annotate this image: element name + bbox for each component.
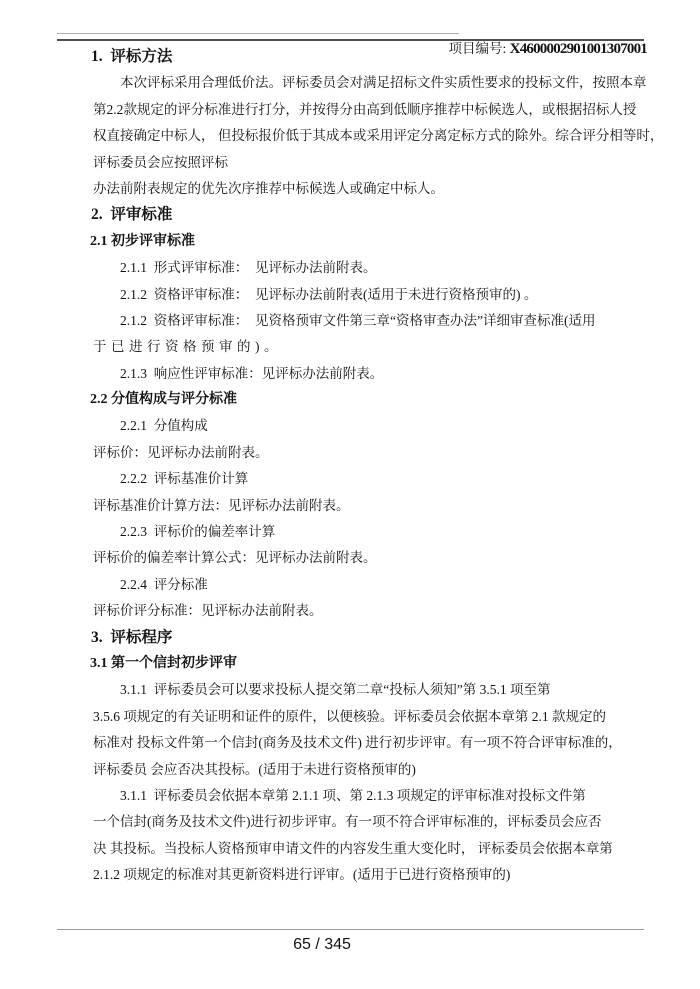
paragraph-line: 评标价的偏差率计算公式：见评标办法前附表。 xyxy=(93,545,645,571)
paragraph-line: 决 其投标。当投标人资格预审申请文件的内容发生重大变化时， 评标委员会依据本章第 xyxy=(93,836,645,862)
document-body: 1. 评标方法本次评标采用合理低价法。评标委员会对满足招标文件实质性要求的投标文… xyxy=(93,44,645,889)
section-heading: 2. 评审标准 xyxy=(91,202,645,228)
paragraph-line: 权直接确定中标人， 但投标报价低于其成本或采用评定分离定标方式的除外。综合评分相… xyxy=(93,123,645,149)
section-heading: 3.1 第一个信封初步评审 xyxy=(90,651,645,677)
paragraph-line: 2.1.2 资格评审标准： 见资格预审文件第三章“资格审查办法”详细审查标准(适… xyxy=(93,308,645,334)
project-number-value: X4600002901001307001 xyxy=(510,41,647,57)
paragraph-line: 办法前附表规定的优先次序推荐中标候选人或确定中标人。 xyxy=(93,176,645,202)
paragraph-line: 一个信封(商务及技术文件)进行初步评审。有一项不符合评审标准的，评标委员会应否 xyxy=(93,809,645,835)
paragraph-line: 第2.2款规定的评分标准进行打分，并按得分由高到低顺序推荐中标候选人，或根据招标… xyxy=(93,97,645,123)
paragraph-line: 3.1.1 评标委员会可以要求投标人提交第二章“投标人须知”第 3.5.1 项至… xyxy=(93,677,645,703)
page-footer: 65 / 345 xyxy=(0,936,644,954)
paragraph-line: 2.1.1 形式评审标准： 见评标办法前附表。 xyxy=(93,255,645,281)
paragraph-line: 评标价：见评标办法前附表。 xyxy=(93,440,645,466)
section-heading: 2.2 分值构成与评分标准 xyxy=(90,387,645,413)
paragraph-line: 评标委员 会应否决其投标。(适用于未进行资格预审的) xyxy=(93,757,645,783)
paragraph-line: 3.5.6 项规定的有关证明和证件的原件，以便核验。评标委员会依据本章第 2.1… xyxy=(93,704,645,730)
paragraph-line: 2.1.3 响应性评审标准：见评标办法前附表。 xyxy=(93,361,645,387)
paragraph-line: 2.2.4 评分标准 xyxy=(93,572,645,598)
paragraph-line: 2.1.2 资格评审标准： 见评标办法前附表(适用于未进行资格预审的) 。 xyxy=(93,282,645,308)
paragraph-line: 本次评标采用合理低价法。评标委员会对满足招标文件实质性要求的投标文件，按照本章 xyxy=(93,70,645,96)
section-heading: 3. 评标程序 xyxy=(91,625,645,651)
paragraph-line: 评标价评分标准：见评标办法前附表。 xyxy=(93,598,645,624)
section-heading: 2.1 初步评审标准 xyxy=(90,229,645,255)
paragraph-line: 2.2.1 分值构成 xyxy=(93,413,645,439)
paragraph-line: 2.1.2 项规定的标准对其更新资料进行评审。(适用于已进行资格预审的) xyxy=(93,862,645,888)
paragraph-line: 于已进行资格预审的)。 xyxy=(93,334,645,360)
paragraph-line: 评标基准价计算方法：见评标办法前附表。 xyxy=(93,493,645,519)
document-page: 项目编号: X4600002901001307001 1. 评标方法本次评标采用… xyxy=(0,0,700,989)
footer-divider xyxy=(57,929,644,930)
paragraph-line: 2.2.2 评标基准价计算 xyxy=(93,466,645,492)
page-header: 项目编号: X4600002901001307001 xyxy=(435,21,647,74)
paragraph-line: 2.2.3 评标价的偏差率计算 xyxy=(93,519,645,545)
paragraph-line: 标准对 投标文件第一个信封(商务及技术文件) 进行初步评审。有一项不符合评审标准… xyxy=(93,730,645,756)
header-divider-light xyxy=(57,33,459,34)
project-number-label: 项目编号: xyxy=(449,41,510,56)
paragraph-line: 3.1.1 评标委员会依据本章第 2.1.1 项、第 2.1.3 项规定的评审标… xyxy=(93,783,645,809)
page-number: 65 / 345 xyxy=(293,936,351,953)
paragraph-line: 评标委员会应按照评标 xyxy=(93,150,645,176)
